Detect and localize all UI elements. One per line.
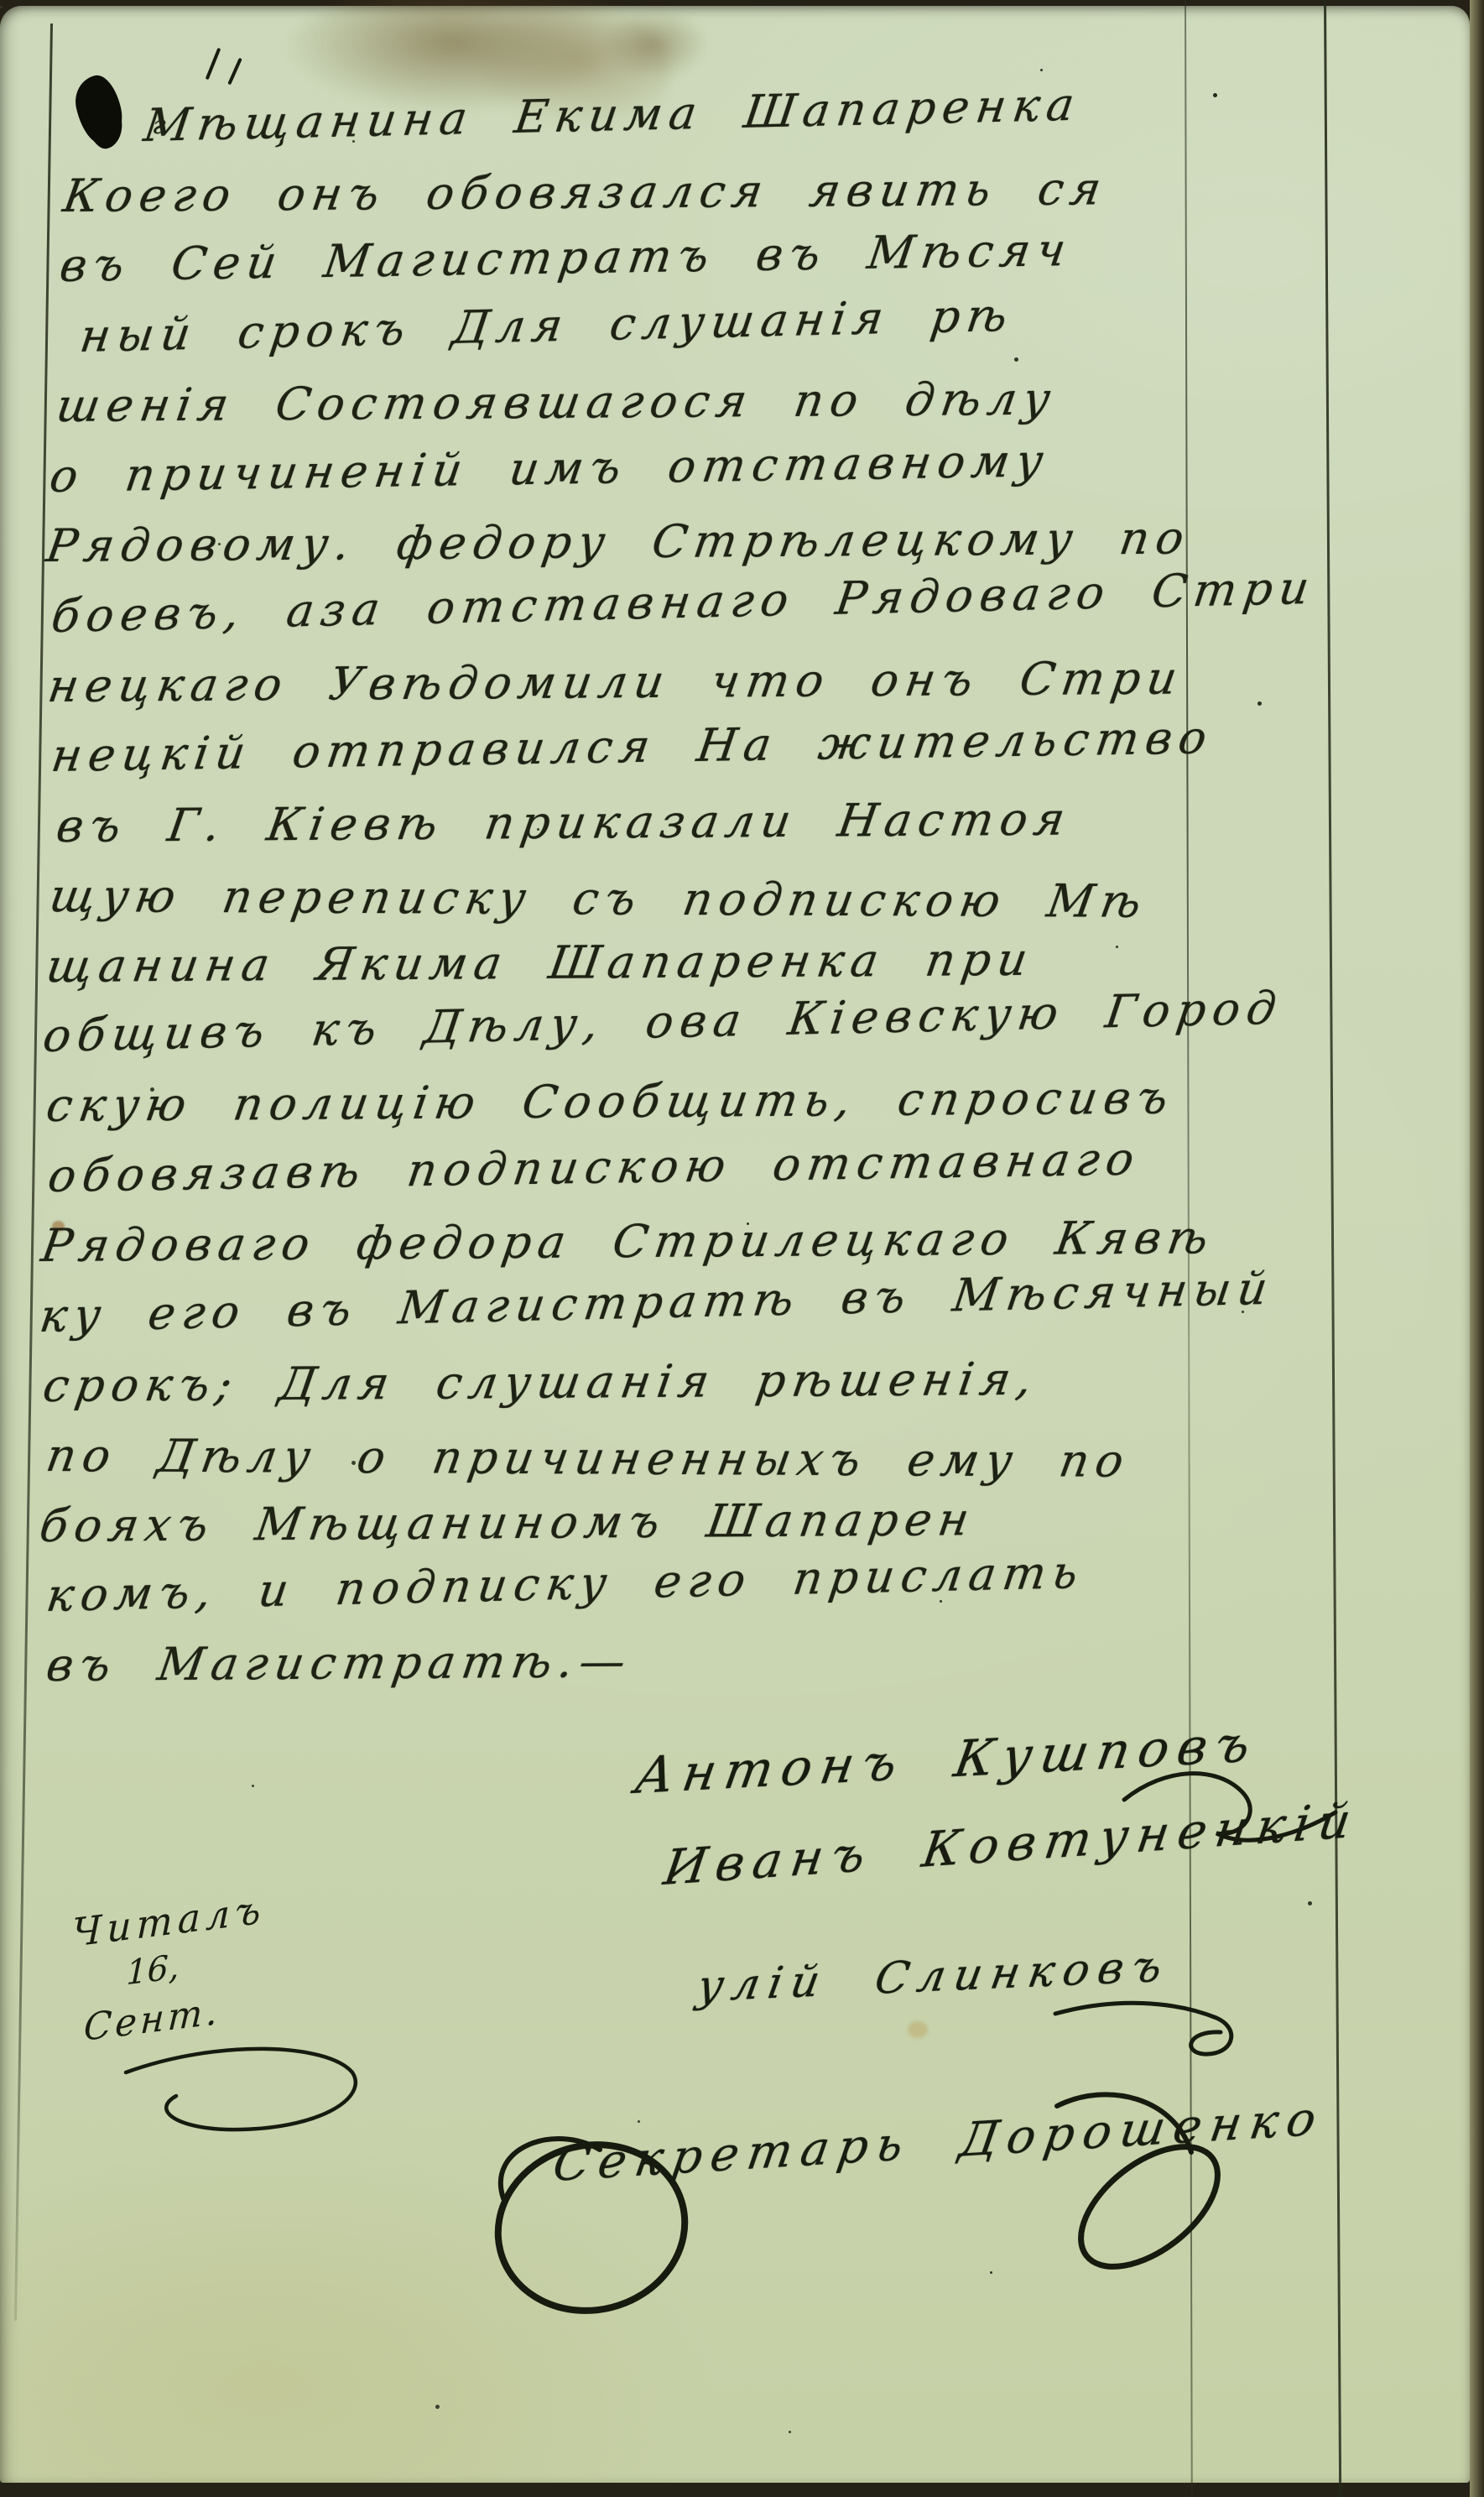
manuscript-line: Коего онъ обовязался явить ся bbox=[60, 162, 1111, 222]
manuscript-line: срокъ; Для слушанія рѣшенія, bbox=[39, 1353, 1042, 1412]
signature-loops-flourish bbox=[453, 2072, 1258, 2341]
yellow-spot bbox=[908, 2021, 928, 2038]
manuscript-line: Рядовому. федору Стрѣлецкому по bbox=[43, 511, 1194, 572]
manuscript-line: Рядоваго федора Стрилецкаго Кявѣ bbox=[38, 1211, 1218, 1272]
ink-specks bbox=[0, 6, 3, 8]
margin-note-flourish bbox=[101, 2022, 403, 2173]
signature-tail-flourish bbox=[1049, 1980, 1250, 2072]
manuscript-line: въ Г. Кіевѣ приказали Настоя bbox=[53, 793, 1075, 852]
manuscript-line: по Дѣлу о причиненныхъ ему по bbox=[43, 1429, 1134, 1488]
manuscript-line: нецкаго Увѣдомили что онъ Стри bbox=[44, 652, 1187, 712]
page-binding-edge bbox=[1470, 0, 1484, 2497]
manuscript-line: щую переписку съ подпискою Мѣ bbox=[46, 869, 1152, 928]
manuscript-line: шенія Состоявшагося по дѣлу bbox=[53, 373, 1060, 432]
scanned-manuscript-photo: { "page": { "kind": "archival handwritte… bbox=[0, 0, 1484, 2497]
manuscript-line: бояхъ Мѣщаниномъ Шапарен bbox=[36, 1493, 979, 1552]
water-stain-small bbox=[579, 0, 730, 94]
manuscript-line: щанина Якима Шапаренка при bbox=[43, 933, 1038, 993]
manuscript-line: въ Магистратѣ.— bbox=[43, 1634, 636, 1692]
manuscript-line: скую полицію Сообщить, спросивъ bbox=[43, 1071, 1178, 1132]
